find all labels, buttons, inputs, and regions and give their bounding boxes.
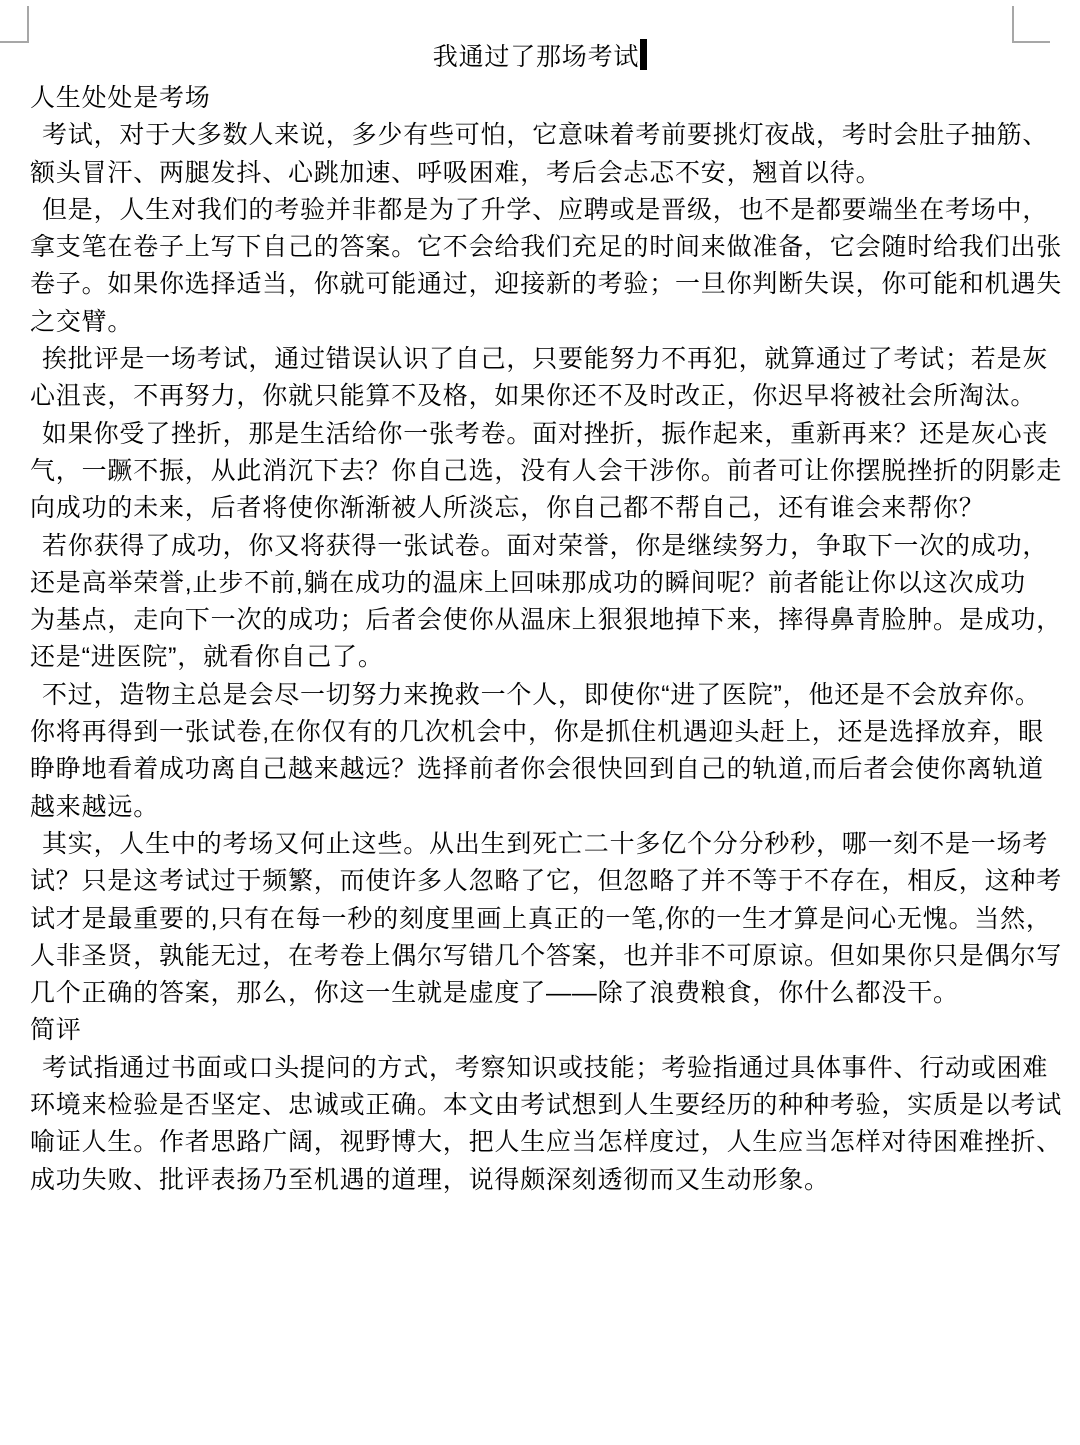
text-line[interactable]: 试才是最重要的,只有在每一秒的刻度里画上真正的一笔,你的一生才算是问心无愧。当然… bbox=[30, 901, 1050, 938]
text-line[interactable]: 成功失败、批评表扬乃至机遇的道理，说得颇深刻透彻而又生动形象。 bbox=[30, 1162, 1050, 1199]
text-line[interactable]: 睁睁地看着成功离自己越来越远？选择前者你会很快回到自己的轨道,而后者会使你离轨道 bbox=[30, 751, 1050, 788]
text-line[interactable]: 还是高举荣誉,止步不前,躺在成功的温床上回味那成功的瞬间呢？前者能让你以这次成功 bbox=[30, 565, 1050, 602]
document-page: 我通过了那场考试 人生处处是考场考试，对于大多数人来说，多少有些可怕，它意味着考… bbox=[0, 0, 1080, 1445]
document-title-line[interactable]: 我通过了那场考试 bbox=[30, 36, 1050, 78]
text-line[interactable]: 喻证人生。作者思路广阔，视野博大，把人生应当怎样度过，人生应当怎样对待困难挫折、 bbox=[30, 1124, 1050, 1161]
margin-crop-mark-top-left-horizontal bbox=[0, 41, 29, 43]
text-line[interactable]: 心沮丧，不再努力，你就只能算不及格，如果你还不及时改正，你迟早将被社会所淘汰。 bbox=[30, 378, 1050, 415]
text-line[interactable]: 如果你受了挫折，那是生活给你一张考卷。面对挫折，振作起来，重新再来？还是灰心丧 bbox=[30, 416, 1050, 453]
text-line[interactable]: 挨批评是一场考试，通过错误认识了自己，只要能努力不再犯，就算通过了考试；若是灰 bbox=[30, 341, 1050, 378]
text-line[interactable]: 不过，造物主总是会尽一切努力来挽救一个人，即使你“进了医院”，他还是不会放弃你。 bbox=[30, 677, 1050, 714]
document-edit-area[interactable]: 我通过了那场考试 人生处处是考场考试，对于大多数人来说，多少有些可怕，它意味着考… bbox=[30, 36, 1050, 1199]
text-line[interactable]: 考试指通过书面或口头提问的方式，考察知识或技能；考验指通过具体事件、行动或困难 bbox=[30, 1050, 1050, 1087]
text-line[interactable]: 你将再得到一张试卷,在你仅有的几次机会中，你是抓住机遇迎头赶上，还是选择放弃，眼 bbox=[30, 714, 1050, 751]
text-line[interactable]: 考试，对于大多数人来说，多少有些可怕，它意味着考前要挑灯夜战，考时会肚子抽筋、 bbox=[30, 117, 1050, 154]
text-line[interactable]: 额头冒汗、两腿发抖、心跳加速、呼吸困难，考后会忐忑不安，翘首以待。 bbox=[30, 155, 1050, 192]
heading-line[interactable]: 人生处处是考场 bbox=[30, 80, 1050, 117]
page-title: 我通过了那场考试 bbox=[433, 43, 639, 71]
text-line[interactable]: 拿支笔在卷子上写下自己的答案。它不会给我们充足的时间来做准备，它会随时给我们出张 bbox=[30, 229, 1050, 266]
text-line[interactable]: 试？只是这考试过于频繁，而使许多人忽略了它，但忽略了并不等于不存在，相反，这种考 bbox=[30, 863, 1050, 900]
heading-line[interactable]: 简评 bbox=[30, 1012, 1050, 1049]
text-line[interactable]: 向成功的未来，后者将使你渐渐被人所淡忘，你自己都不帮自己，还有谁会来帮你？ bbox=[30, 490, 1050, 527]
text-line[interactable]: 还是“进医院”，就看你自己了。 bbox=[30, 639, 1050, 676]
text-line[interactable]: 人非圣贤，孰能无过，在考卷上偶尔写错几个答案，也并非不可原谅。但如果你只是偶尔写 bbox=[30, 938, 1050, 975]
document-body-text[interactable]: 人生处处是考场考试，对于大多数人来说，多少有些可怕，它意味着考前要挑灯夜战，考时… bbox=[30, 80, 1050, 1199]
text-line[interactable]: 若你获得了成功，你又将获得一张试卷。面对荣誉，你是继续努力，争取下一次的成功， bbox=[30, 528, 1050, 565]
text-line[interactable]: 环境来检验是否坚定、忠诚或正确。本文由考试想到人生要经历的种种考验，实质是以考试 bbox=[30, 1087, 1050, 1124]
text-line[interactable]: 之交臂。 bbox=[30, 304, 1050, 341]
margin-crop-mark-top-left-vertical bbox=[27, 6, 29, 42]
text-line[interactable]: 越来越远。 bbox=[30, 789, 1050, 826]
text-line[interactable]: 为基点，走向下一次的成功；后者会使你从温床上狠狠地掉下来，摔得鼻青脸肿。是成功， bbox=[30, 602, 1050, 639]
text-line[interactable]: 气，一蹶不振，从此消沉下去？你自己选，没有人会干涉你。前者可让你摆脱挫折的阴影走 bbox=[30, 453, 1050, 490]
text-line[interactable]: 但是，人生对我们的考验并非都是为了升学、应聘或是晋级，也不是都要端坐在考场中， bbox=[30, 192, 1050, 229]
text-line[interactable]: 其实，人生中的考场又何止这些。从出生到死亡二十多亿个分分秒秒，哪一刻不是一场考 bbox=[30, 826, 1050, 863]
text-line[interactable]: 几个正确的答案，那么，你这一生就是虚度了——除了浪费粮食，你什么都没干。 bbox=[30, 975, 1050, 1012]
text-line[interactable]: 卷子。如果你选择适当，你就可能通过，迎接新的考验；一旦你判断失误，你可能和机遇失 bbox=[30, 266, 1050, 303]
text-cursor bbox=[640, 39, 647, 70]
